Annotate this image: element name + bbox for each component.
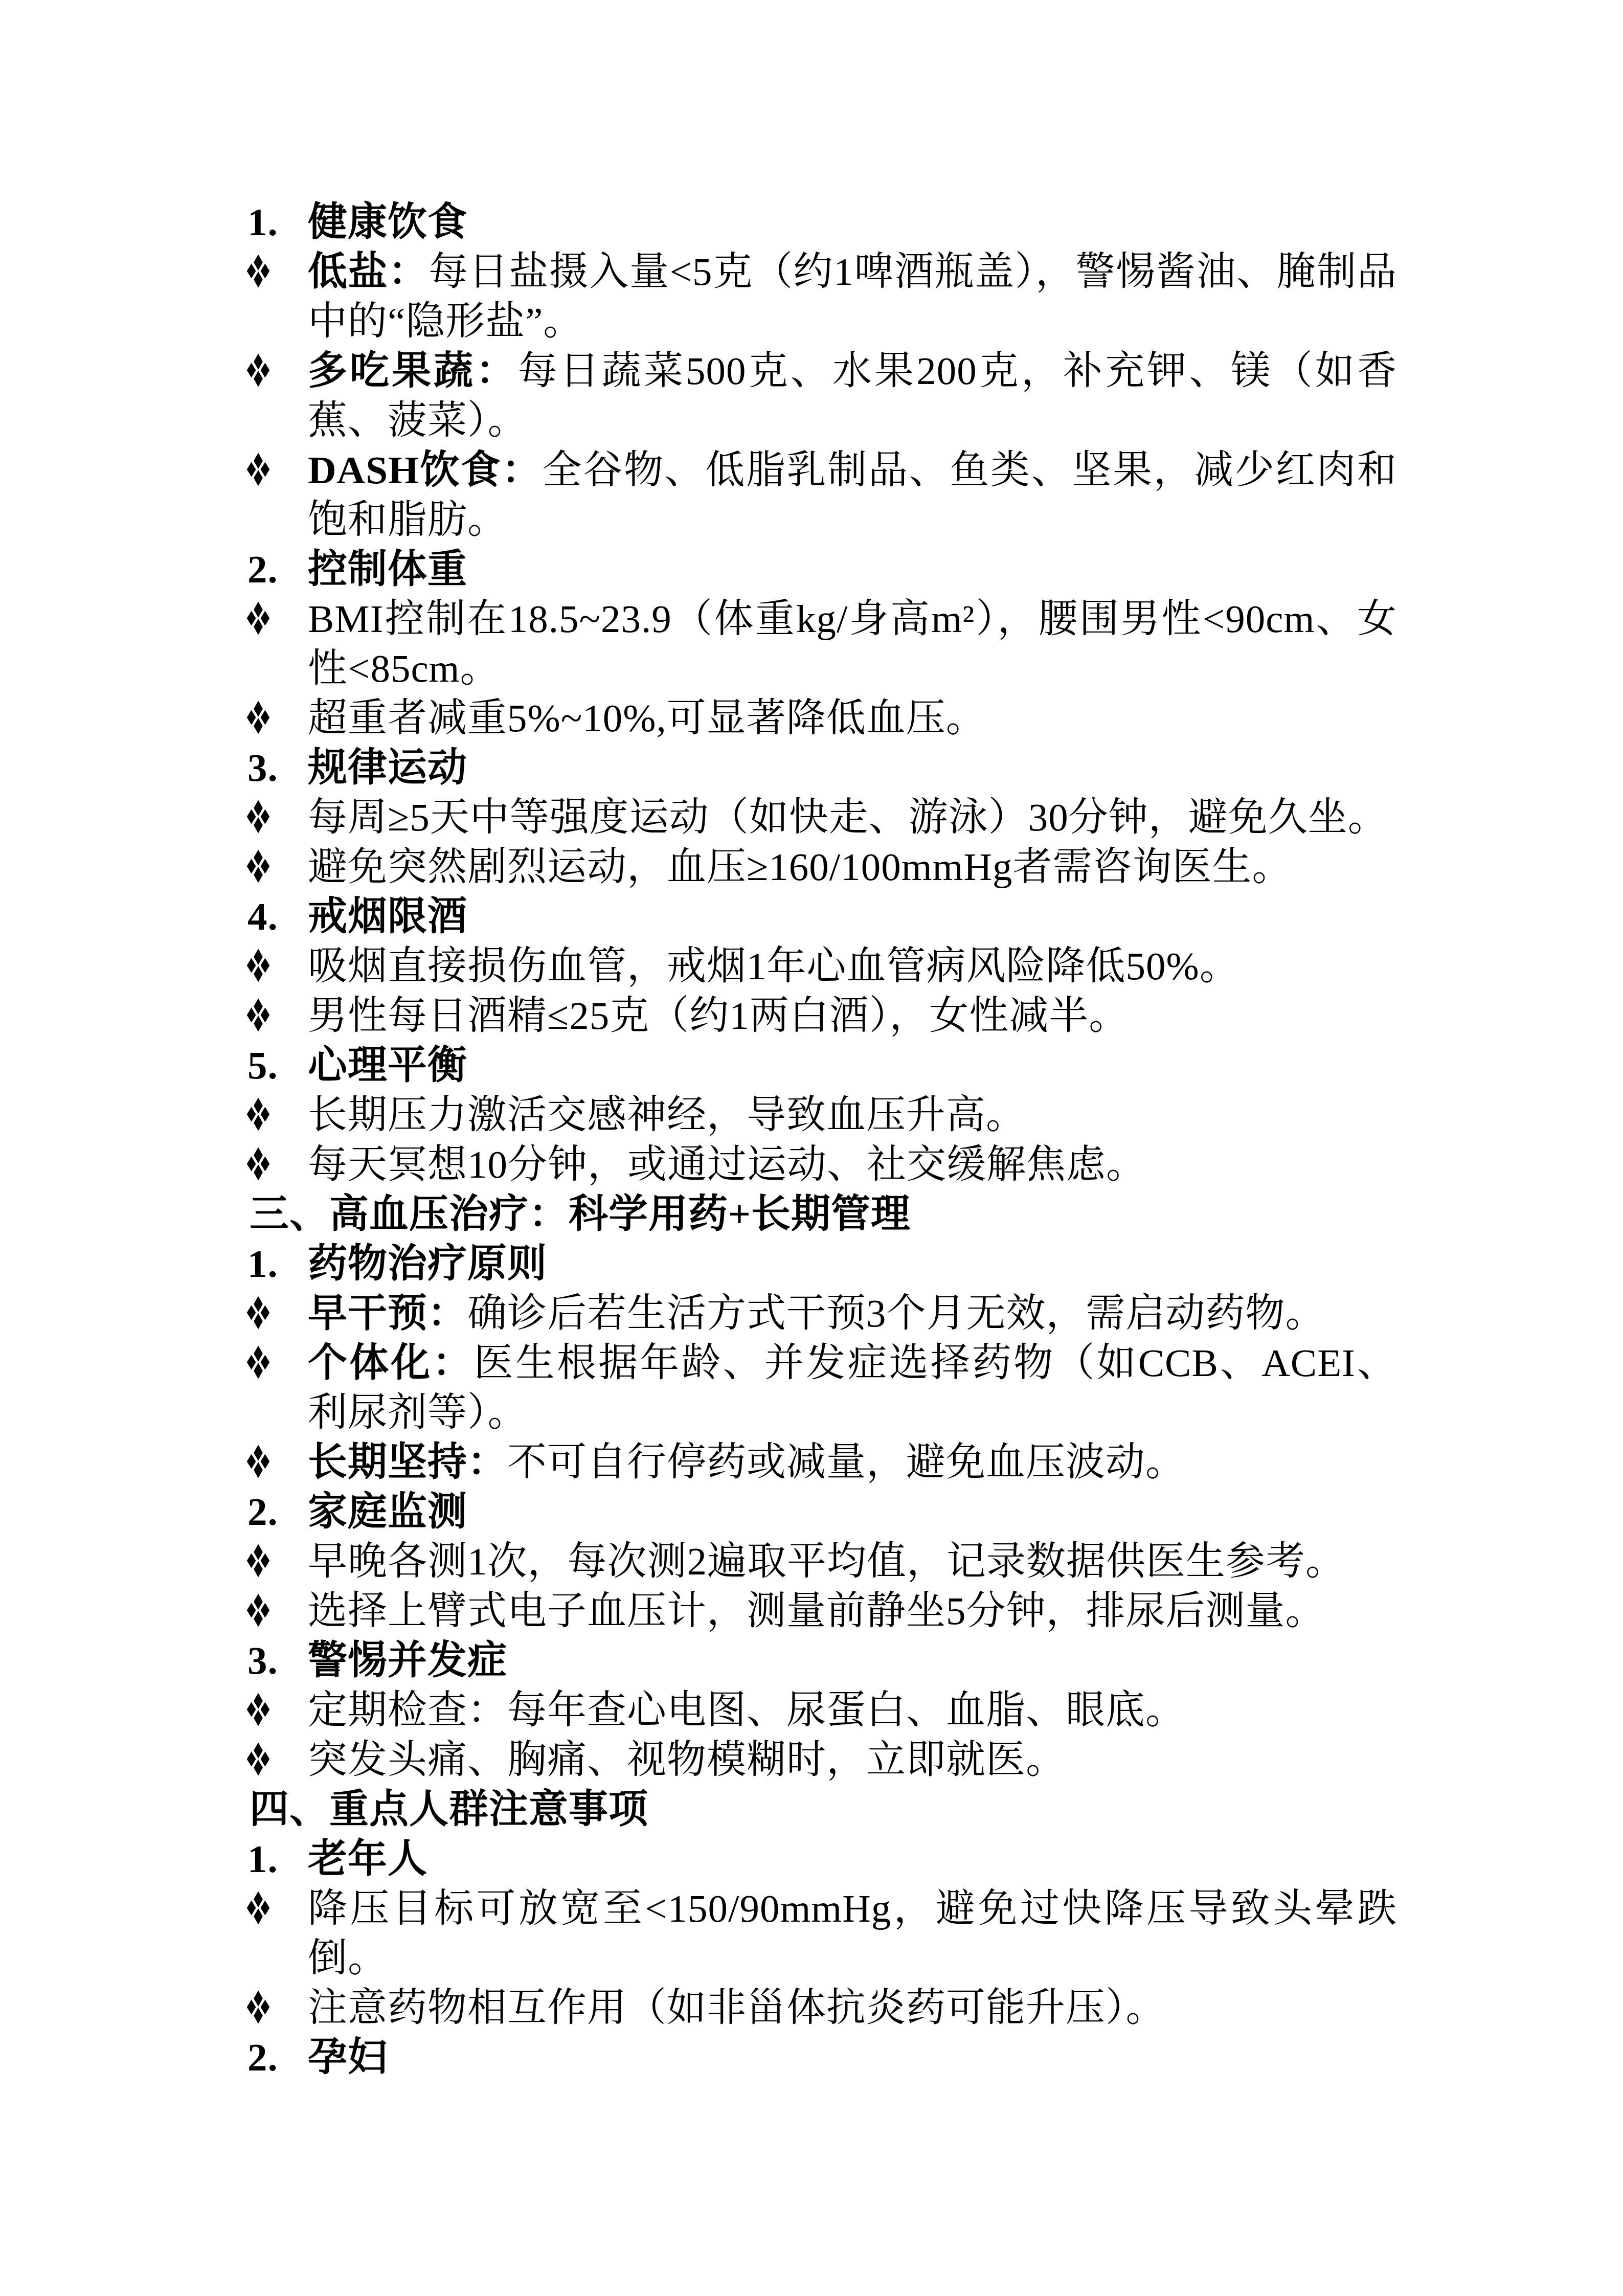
bullet-text: 超重者减重5%~10%,可显著降低血压。 — [308, 696, 986, 740]
bullet-item: 每周≥5天中等强度运动（如快走、游泳）30分钟，避免久坐。 — [196, 793, 1397, 842]
bullet-content: BMI控制在18.5~23.9（体重kg/身高m²），腰围男性<90cm、女性<… — [308, 597, 1397, 690]
bullet-item: 早晚各测1次，每次测2遍取平均值，记录数据供医生参考。 — [196, 1537, 1397, 1586]
heading-text: 警惕并发症 — [308, 1638, 507, 1682]
bullet-text: 降压目标可放宽至<150/90mmHg，避免过快降压导致头晕跌倒。 — [308, 1886, 1397, 1980]
bullet-text: 避免突然剧烈运动，血压≥160/100mmHg者需咨询医生。 — [308, 845, 1292, 889]
numbered-heading: 5. 心理平衡 — [196, 1041, 1397, 1090]
four-diamonds-bullet-icon — [246, 1593, 272, 1629]
four-diamonds-bullet-icon — [246, 1445, 272, 1480]
bullet-item: 避免突然剧烈运动，血压≥160/100mmHg者需咨询医生。 — [196, 842, 1397, 892]
bullet-content: 多吃果蔬：每日蔬菜500克、水果200克，补充钾、镁（如香蕉、菠菜）。 — [308, 349, 1397, 442]
bullet-item: 选择上臂式电子血压计，测量前静坐5分钟，排尿后测量。 — [196, 1586, 1397, 1636]
bullet-text: 确诊后若生活方式干预3个月无效，需启动药物。 — [467, 1291, 1325, 1335]
numbered-heading: 1. 药物治疗原则 — [196, 1239, 1397, 1289]
page: 1. 健康饮食 低盐：每日盐摄入量<5克（约1啤酒瓶盖），警惕酱油、腌制品中的“… — [0, 0, 1623, 2296]
bullet-content: 低盐：每日盐摄入量<5克（约1啤酒瓶盖），警惕酱油、腌制品中的“隐形盐”。 — [308, 250, 1397, 343]
section-heading: 四、重点人群注意事项 — [196, 1785, 1397, 1834]
four-diamonds-bullet-icon — [246, 353, 272, 389]
four-diamonds-bullet-icon — [246, 1891, 272, 1927]
bullet-content: 突发头痛、胸痛、视物模糊时，立即就医。 — [308, 1738, 1066, 1782]
bullet-item: 突发头痛、胸痛、视物模糊时，立即就医。 — [196, 1735, 1397, 1785]
heading-number: 4. — [247, 892, 278, 941]
bullet-content: 早晚各测1次，每次测2遍取平均值，记录数据供医生参考。 — [308, 1539, 1345, 1583]
bullet-item: 吸烟直接损伤血管，戒烟1年心血管病风险降低50%。 — [196, 941, 1397, 991]
section-heading: 三、高血压治疗：科学用药+长期管理 — [196, 1189, 1397, 1239]
heading-text: 老年人 — [308, 1837, 427, 1881]
heading-number: 1. — [247, 1834, 278, 1884]
bullet-content: 降压目标可放宽至<150/90mmHg，避免过快降压导致头晕跌倒。 — [308, 1886, 1397, 1980]
bullet-lead: 早干预： — [308, 1291, 467, 1335]
bullet-item: DASH饮食：全谷物、低脂乳制品、鱼类、坚果，减少红肉和饱和脂肪。 — [196, 445, 1397, 545]
bullet-content: 男性每日酒精≤25克（约1两白酒），女性减半。 — [308, 994, 1129, 1038]
four-diamonds-bullet-icon — [246, 1345, 272, 1381]
four-diamonds-bullet-icon — [246, 453, 272, 488]
numbered-heading: 1. 老年人 — [196, 1834, 1397, 1884]
bullet-content: 每天冥想10分钟，或通过运动、社交缓解焦虑。 — [308, 1142, 1146, 1186]
heading-text: 家庭监测 — [308, 1490, 467, 1534]
bullet-item: 降压目标可放宽至<150/90mmHg，避免过快降压导致头晕跌倒。 — [196, 1884, 1397, 1983]
bullet-content: 每周≥5天中等强度运动（如快走、游泳）30分钟，避免久坐。 — [308, 795, 1388, 839]
bullet-content: 早干预：确诊后若生活方式干预3个月无效，需启动药物。 — [308, 1291, 1325, 1335]
numbered-heading: 2. 控制体重 — [196, 545, 1397, 594]
heading-number: 3. — [247, 1636, 278, 1685]
heading-number: 3. — [247, 743, 278, 793]
four-diamonds-bullet-icon — [246, 949, 272, 984]
heading-text: 规律运动 — [308, 746, 467, 790]
heading-text: 药物治疗原则 — [308, 1242, 547, 1286]
bullet-text: 选择上臂式电子血压计，测量前静坐5分钟，排尿后测量。 — [308, 1589, 1325, 1633]
bullet-lead: 长期坚持： — [308, 1440, 507, 1484]
bullet-item: BMI控制在18.5~23.9（体重kg/身高m²），腰围男性<90cm、女性<… — [196, 594, 1397, 693]
four-diamonds-bullet-icon — [246, 1742, 272, 1778]
bullet-content: 选择上臂式电子血压计，测量前静坐5分钟，排尿后测量。 — [308, 1589, 1325, 1633]
numbered-heading: 3. 规律运动 — [196, 743, 1397, 793]
section-number: 四、 — [250, 1787, 329, 1831]
four-diamonds-bullet-icon — [246, 998, 272, 1034]
bullet-text: 吸烟直接损伤血管，戒烟1年心血管病风险降低50%。 — [308, 944, 1239, 988]
heading-number: 5. — [247, 1041, 278, 1090]
numbered-heading: 4. 戒烟限酒 — [196, 892, 1397, 941]
numbered-heading: 2. 孕妇 — [196, 2033, 1397, 2082]
heading-number: 2. — [247, 2033, 278, 2082]
bullet-item: 每天冥想10分钟，或通过运动、社交缓解焦虑。 — [196, 1140, 1397, 1189]
bullet-item: 长期坚持：不可自行停药或减量，避免血压波动。 — [196, 1437, 1397, 1487]
heading-text: 健康饮食 — [308, 200, 467, 244]
bullet-item: 男性每日酒精≤25克（约1两白酒），女性减半。 — [196, 991, 1397, 1041]
bullet-content: 吸烟直接损伤血管，戒烟1年心血管病风险降低50%。 — [308, 944, 1239, 988]
heading-number: 1. — [247, 197, 278, 247]
bullet-item: 多吃果蔬：每日蔬菜500克、水果200克，补充钾、镁（如香蕉、菠菜）。 — [196, 346, 1397, 445]
numbered-heading: 2. 家庭监测 — [196, 1487, 1397, 1537]
four-diamonds-bullet-icon — [246, 1296, 272, 1332]
four-diamonds-bullet-icon — [246, 800, 272, 836]
bullet-lead: 多吃果蔬： — [308, 349, 518, 393]
bullet-content: 长期坚持：不可自行停药或减量，避免血压波动。 — [308, 1440, 1185, 1484]
four-diamonds-bullet-icon — [246, 1544, 272, 1580]
bullet-text: 每周≥5天中等强度运动（如快走、游泳）30分钟，避免久坐。 — [308, 795, 1388, 839]
bullet-content: 注意药物相互作用（如非甾体抗炎药可能升压）。 — [308, 1986, 1166, 2030]
bullet-item: 超重者减重5%~10%,可显著降低血压。 — [196, 693, 1397, 743]
bullet-text: 注意药物相互作用（如非甾体抗炎药可能升压）。 — [308, 1986, 1166, 2030]
bullet-text: BMI控制在18.5~23.9（体重kg/身高m²），腰围男性<90cm、女性<… — [308, 597, 1397, 690]
four-diamonds-bullet-icon — [246, 1147, 272, 1183]
section-number: 三、 — [250, 1192, 329, 1236]
heading-text: 控制体重 — [308, 547, 467, 591]
bullet-lead: 低盐： — [308, 250, 429, 294]
bullet-content: 避免突然剧烈运动，血压≥160/100mmHg者需咨询医生。 — [308, 845, 1292, 889]
bullet-item: 注意药物相互作用（如非甾体抗炎药可能升压）。 — [196, 1983, 1397, 2033]
bullet-text: 男性每日酒精≤25克（约1两白酒），女性减半。 — [308, 994, 1129, 1038]
bullet-text: 早晚各测1次，每次测2遍取平均值，记录数据供医生参考。 — [308, 1539, 1345, 1583]
bullet-text: 每日盐摄入量<5克（约1啤酒瓶盖），警惕酱油、腌制品中的“隐形盐”。 — [308, 250, 1397, 343]
bullet-lead: 个体化： — [308, 1341, 474, 1385]
bullet-content: DASH饮食：全谷物、低脂乳制品、鱼类、坚果，减少红肉和饱和脂肪。 — [308, 448, 1397, 542]
bullet-content: 个体化：医生根据年龄、并发症选择药物（如CCB、ACEI、利尿剂等）。 — [308, 1341, 1397, 1434]
bullet-item: 个体化：医生根据年龄、并发症选择药物（如CCB、ACEI、利尿剂等）。 — [196, 1338, 1397, 1437]
bullet-item: 低盐：每日盐摄入量<5克（约1啤酒瓶盖），警惕酱油、腌制品中的“隐形盐”。 — [196, 247, 1397, 346]
bullet-text: 长期压力激活交感神经，导致血压升高。 — [308, 1093, 1026, 1137]
bullet-content: 超重者减重5%~10%,可显著降低血压。 — [308, 696, 986, 740]
section-heading-text: 重点人群注意事项 — [329, 1787, 648, 1831]
numbered-heading: 1. 健康饮食 — [196, 197, 1397, 247]
numbered-heading: 3. 警惕并发症 — [196, 1636, 1397, 1685]
heading-text: 心理平衡 — [308, 1043, 467, 1087]
four-diamonds-bullet-icon — [246, 849, 272, 885]
four-diamonds-bullet-icon — [246, 701, 272, 736]
document-content: 1. 健康饮食 低盐：每日盐摄入量<5克（约1啤酒瓶盖），警惕酱油、腌制品中的“… — [196, 197, 1397, 2082]
bullet-item: 长期压力激活交感神经，导致血压升高。 — [196, 1090, 1397, 1140]
bullet-text: 每天冥想10分钟，或通过运动、社交缓解焦虑。 — [308, 1142, 1146, 1186]
heading-number: 1. — [247, 1239, 278, 1289]
bullet-text: 定期检查：每年查心电图、尿蛋白、血脂、眼底。 — [308, 1688, 1185, 1732]
section-heading-text: 高血压治疗：科学用药+长期管理 — [329, 1192, 911, 1236]
bullet-text: 不可自行停药或减量，避免血压波动。 — [507, 1440, 1185, 1484]
heading-number: 2. — [247, 1487, 278, 1537]
document-page: { "document": { "background_color": "#ff… — [0, 0, 1623, 2296]
four-diamonds-bullet-icon — [246, 601, 272, 637]
four-diamonds-bullet-icon — [246, 1693, 272, 1728]
bullet-content: 长期压力激活交感神经，导致血压升高。 — [308, 1093, 1026, 1137]
bullet-text: 突发头痛、胸痛、视物模糊时，立即就医。 — [308, 1738, 1066, 1782]
four-diamonds-bullet-icon — [246, 1990, 272, 2026]
heading-text: 孕妇 — [308, 2035, 388, 2079]
bullet-item: 定期检查：每年查心电图、尿蛋白、血脂、眼底。 — [196, 1685, 1397, 1735]
bullet-item: 早干预：确诊后若生活方式干预3个月无效，需启动药物。 — [196, 1289, 1397, 1338]
four-diamonds-bullet-icon — [246, 1097, 272, 1133]
bullet-lead: DASH饮食： — [308, 448, 543, 492]
four-diamonds-bullet-icon — [246, 254, 272, 290]
heading-text: 戒烟限酒 — [308, 894, 467, 938]
bullet-content: 定期检查：每年查心电图、尿蛋白、血脂、眼底。 — [308, 1688, 1185, 1732]
heading-number: 2. — [247, 545, 278, 594]
